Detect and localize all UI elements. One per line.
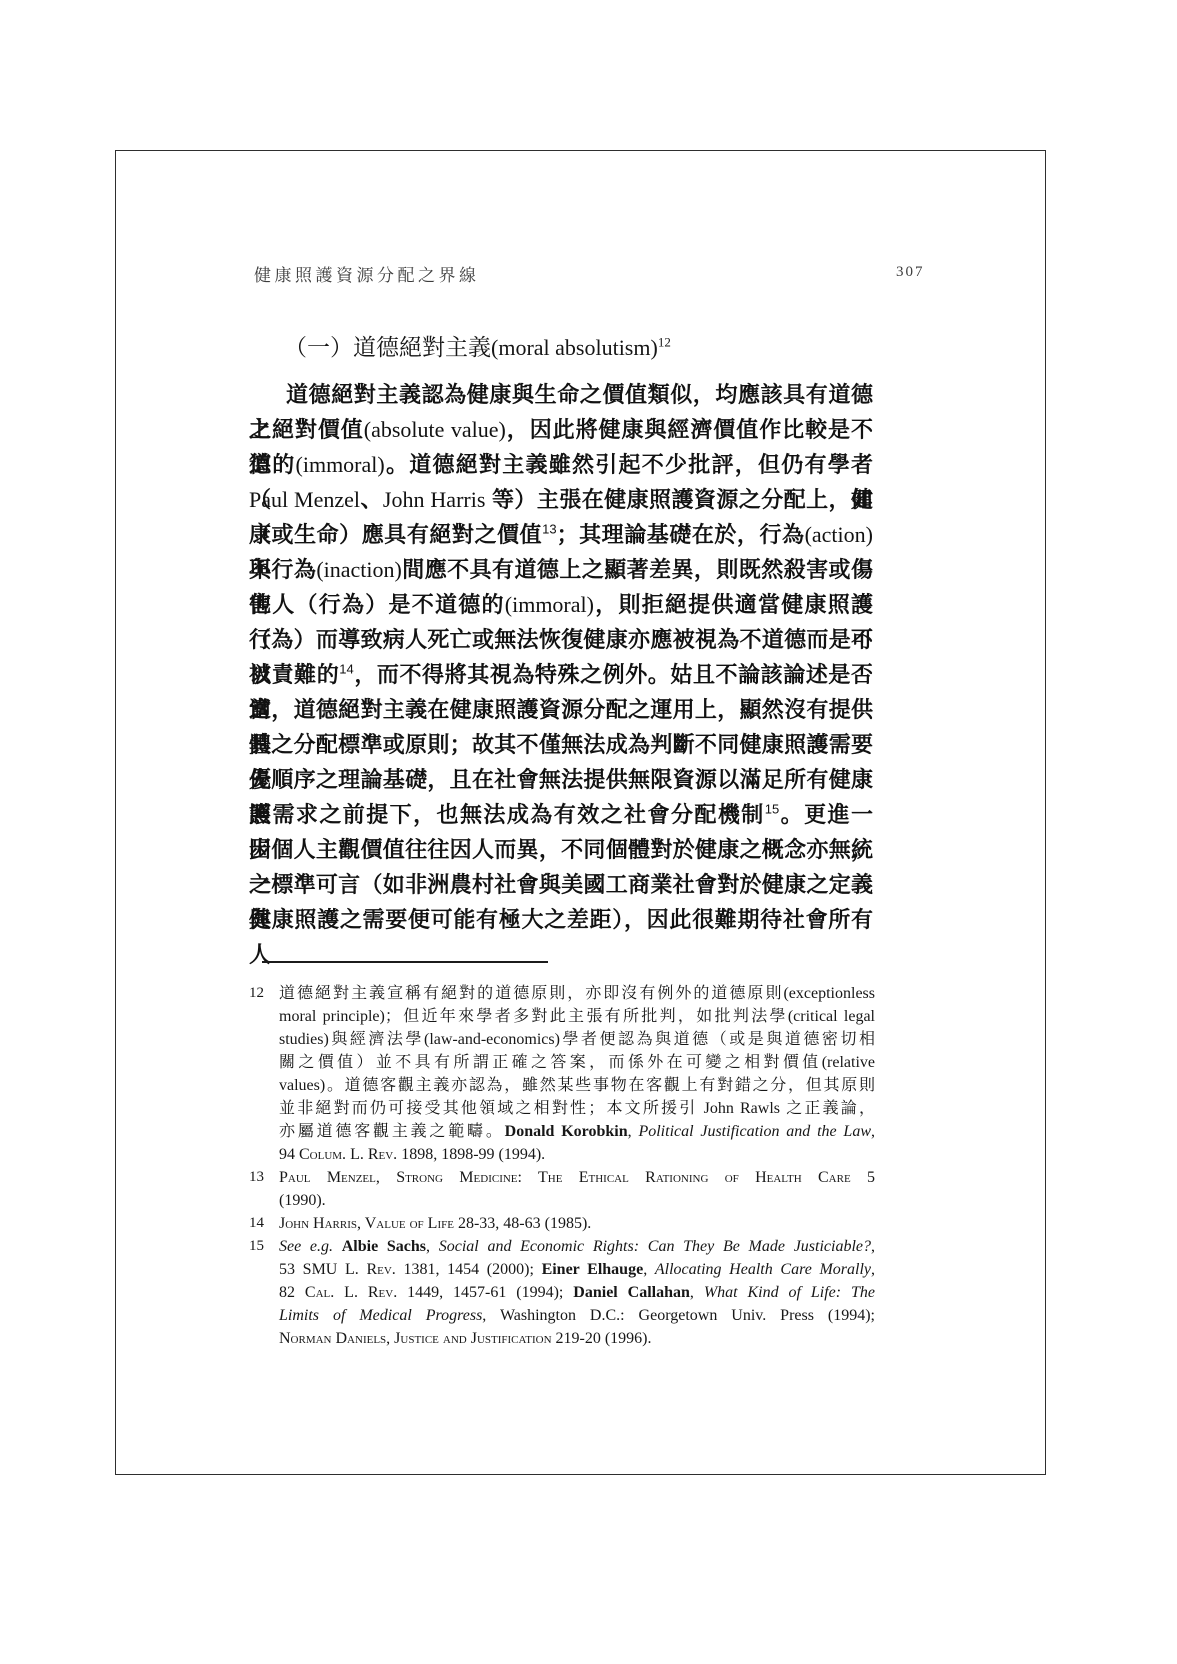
body-text-line: Paul Menzel、John Harris 等）主張在健康照護資源之分配上，…: [249, 482, 873, 517]
body-text-line: 被責難的14，而不得將其視為特殊之例外。姑且不論該論述是否適: [249, 657, 873, 692]
footnote-ref: 15: [765, 802, 779, 817]
body-text-line: 體之分配標準或原則；故其不僅無法成為判斷不同健康照護需要優: [249, 727, 873, 762]
footnote-text: John Harris, Value of Life 28-33, 48-63 …: [279, 1212, 875, 1235]
footnote-ref: 12: [658, 334, 671, 349]
body-text-line: 德的(immoral)。道德絕對主義雖然引起不少批評，但仍有學者（如: [249, 447, 873, 482]
footnote-line: studies)與經濟法學(law-and-economics)學者便認為與道德…: [279, 1028, 875, 1051]
body-text-line: 健康照護之需要便可能有極大之差距），因此很難期待社會所有人: [249, 902, 873, 937]
body-text-line: 不行為(inaction)間應不具有道德上之顯著差異，則既然殺害或傷害: [249, 552, 873, 587]
footnote-separator: [262, 961, 548, 963]
body-text-line: 之標準可言（如非洲農村社會與美國工商業社會對於健康之定義與: [249, 867, 873, 902]
footnote-number: 12: [249, 982, 279, 1005]
footnote-line: Paul Menzel, Strong Medicine: The Ethica…: [279, 1166, 875, 1189]
body-text-line: 道德絕對主義認為健康與生命之價值類似，均應該具有道德上: [249, 377, 873, 412]
document-canvas: 健康照護資源分配之界線 307 （一）道德絕對主義(moral absoluti…: [0, 0, 1177, 1664]
footnote-line: (1990).: [279, 1189, 875, 1212]
footnote-text: See e.g. Albie Sachs, Social and Economi…: [279, 1235, 875, 1350]
footnote-number: 15: [249, 1235, 279, 1258]
page-frame: 健康照護資源分配之界線 307 （一）道德絕對主義(moral absoluti…: [115, 150, 1046, 1475]
body-text-line: 先順序之理論基礎，且在社會無法提供無限資源以滿足所有健康照: [249, 762, 873, 797]
footnote: 13Paul Menzel, Strong Medicine: The Ethi…: [249, 1166, 875, 1212]
body-paragraph: 道德絕對主義認為健康與生命之價值類似，均應該具有道德上之絕對價值(absolut…: [249, 377, 873, 937]
page-number: 307: [896, 264, 925, 281]
footnote-number: 13: [249, 1166, 279, 1189]
section-heading: （一）道德絕對主義(moral absolutism)12: [284, 329, 671, 362]
footnote-line: 關之價值）並不具有所謂正確之答案，而係外在可變之相對價值(relative: [279, 1051, 875, 1074]
footnote-line: Norman Daniels, Justice and Justificatio…: [279, 1327, 875, 1350]
body-text-line: 當，道德絕對主義在健康照護資源分配之運用上，顯然沒有提供具: [249, 692, 873, 727]
footnote: 15See e.g. Albie Sachs, Social and Econo…: [249, 1235, 875, 1350]
footnote-line: See e.g. Albie Sachs, Social and Economi…: [279, 1235, 875, 1258]
footnotes-section: 12道德絕對主義宣稱有絕對的道德原則，亦即沒有例外的道德原則(exception…: [249, 982, 875, 1350]
running-header: 健康照護資源分配之界線: [254, 261, 480, 286]
footnote-ref: 13: [542, 522, 556, 537]
footnote-number: 14: [249, 1212, 279, 1235]
footnote-line: 道德絕對主義宣稱有絕對的道德原則，亦即沒有例外的道德原則(exceptionle…: [279, 982, 875, 1005]
body-text-line: 之絕對價值(absolute value)，因此將健康與經濟價值作比較是不道: [249, 412, 873, 447]
body-text-line: （或生命）應具有絕對之價值13；其理論基礎在於，行為(action)與: [249, 517, 873, 552]
body-text-line: 他人（行為）是不道德的(immoral)，則拒絕提供適當健康照護（不: [249, 587, 873, 622]
footnote-line: moral principle)；但近年來學者多對此主張有所批判，如批判法學(c…: [279, 1005, 875, 1028]
footnote-line: values)。道德客觀主義亦認為，雖然某些事物在客觀上有對錯之分，但其原則: [279, 1074, 875, 1097]
footnote-line: 82 Cal. L. Rev. 1449, 1457-61 (1994); Da…: [279, 1281, 875, 1304]
body-text-line: 行為）而導致病人死亡或無法恢復健康亦應被視為不道德而是可以: [249, 622, 873, 657]
footnote-text: Paul Menzel, Strong Medicine: The Ethica…: [279, 1166, 875, 1212]
footnote-line: 94 Colum. L. Rev. 1898, 1898-99 (1994).: [279, 1143, 875, 1166]
footnote: 14John Harris, Value of Life 28-33, 48-6…: [249, 1212, 875, 1235]
footnote-line: 亦屬道德客觀主義之範疇。Donald Korobkin, Political J…: [279, 1120, 875, 1143]
footnote-line: John Harris, Value of Life 28-33, 48-63 …: [279, 1212, 875, 1235]
footnote-ref: 14: [339, 662, 353, 677]
body-text-line: 護需求之前提下，也無法成為有效之社會分配機制15。更進一步，: [249, 797, 873, 832]
footnote-line: 53 SMU L. Rev. 1381, 1454 (2000); Einer …: [279, 1258, 875, 1281]
footnote-text: 道德絕對主義宣稱有絕對的道德原則，亦即沒有例外的道德原則(exceptionle…: [279, 982, 875, 1166]
footnote-line: 並非絕對而仍可接受其他領域之相對性；本文所援引 John Rawls 之正義論，: [279, 1097, 875, 1120]
footnote-line: Limits of Medical Progress, Washington D…: [279, 1304, 875, 1327]
body-text-line: 因個人主觀價值往往因人而異，不同個體對於健康之概念亦無統一: [249, 832, 873, 867]
footnote: 12道德絕對主義宣稱有絕對的道德原則，亦即沒有例外的道德原則(exception…: [249, 982, 875, 1166]
